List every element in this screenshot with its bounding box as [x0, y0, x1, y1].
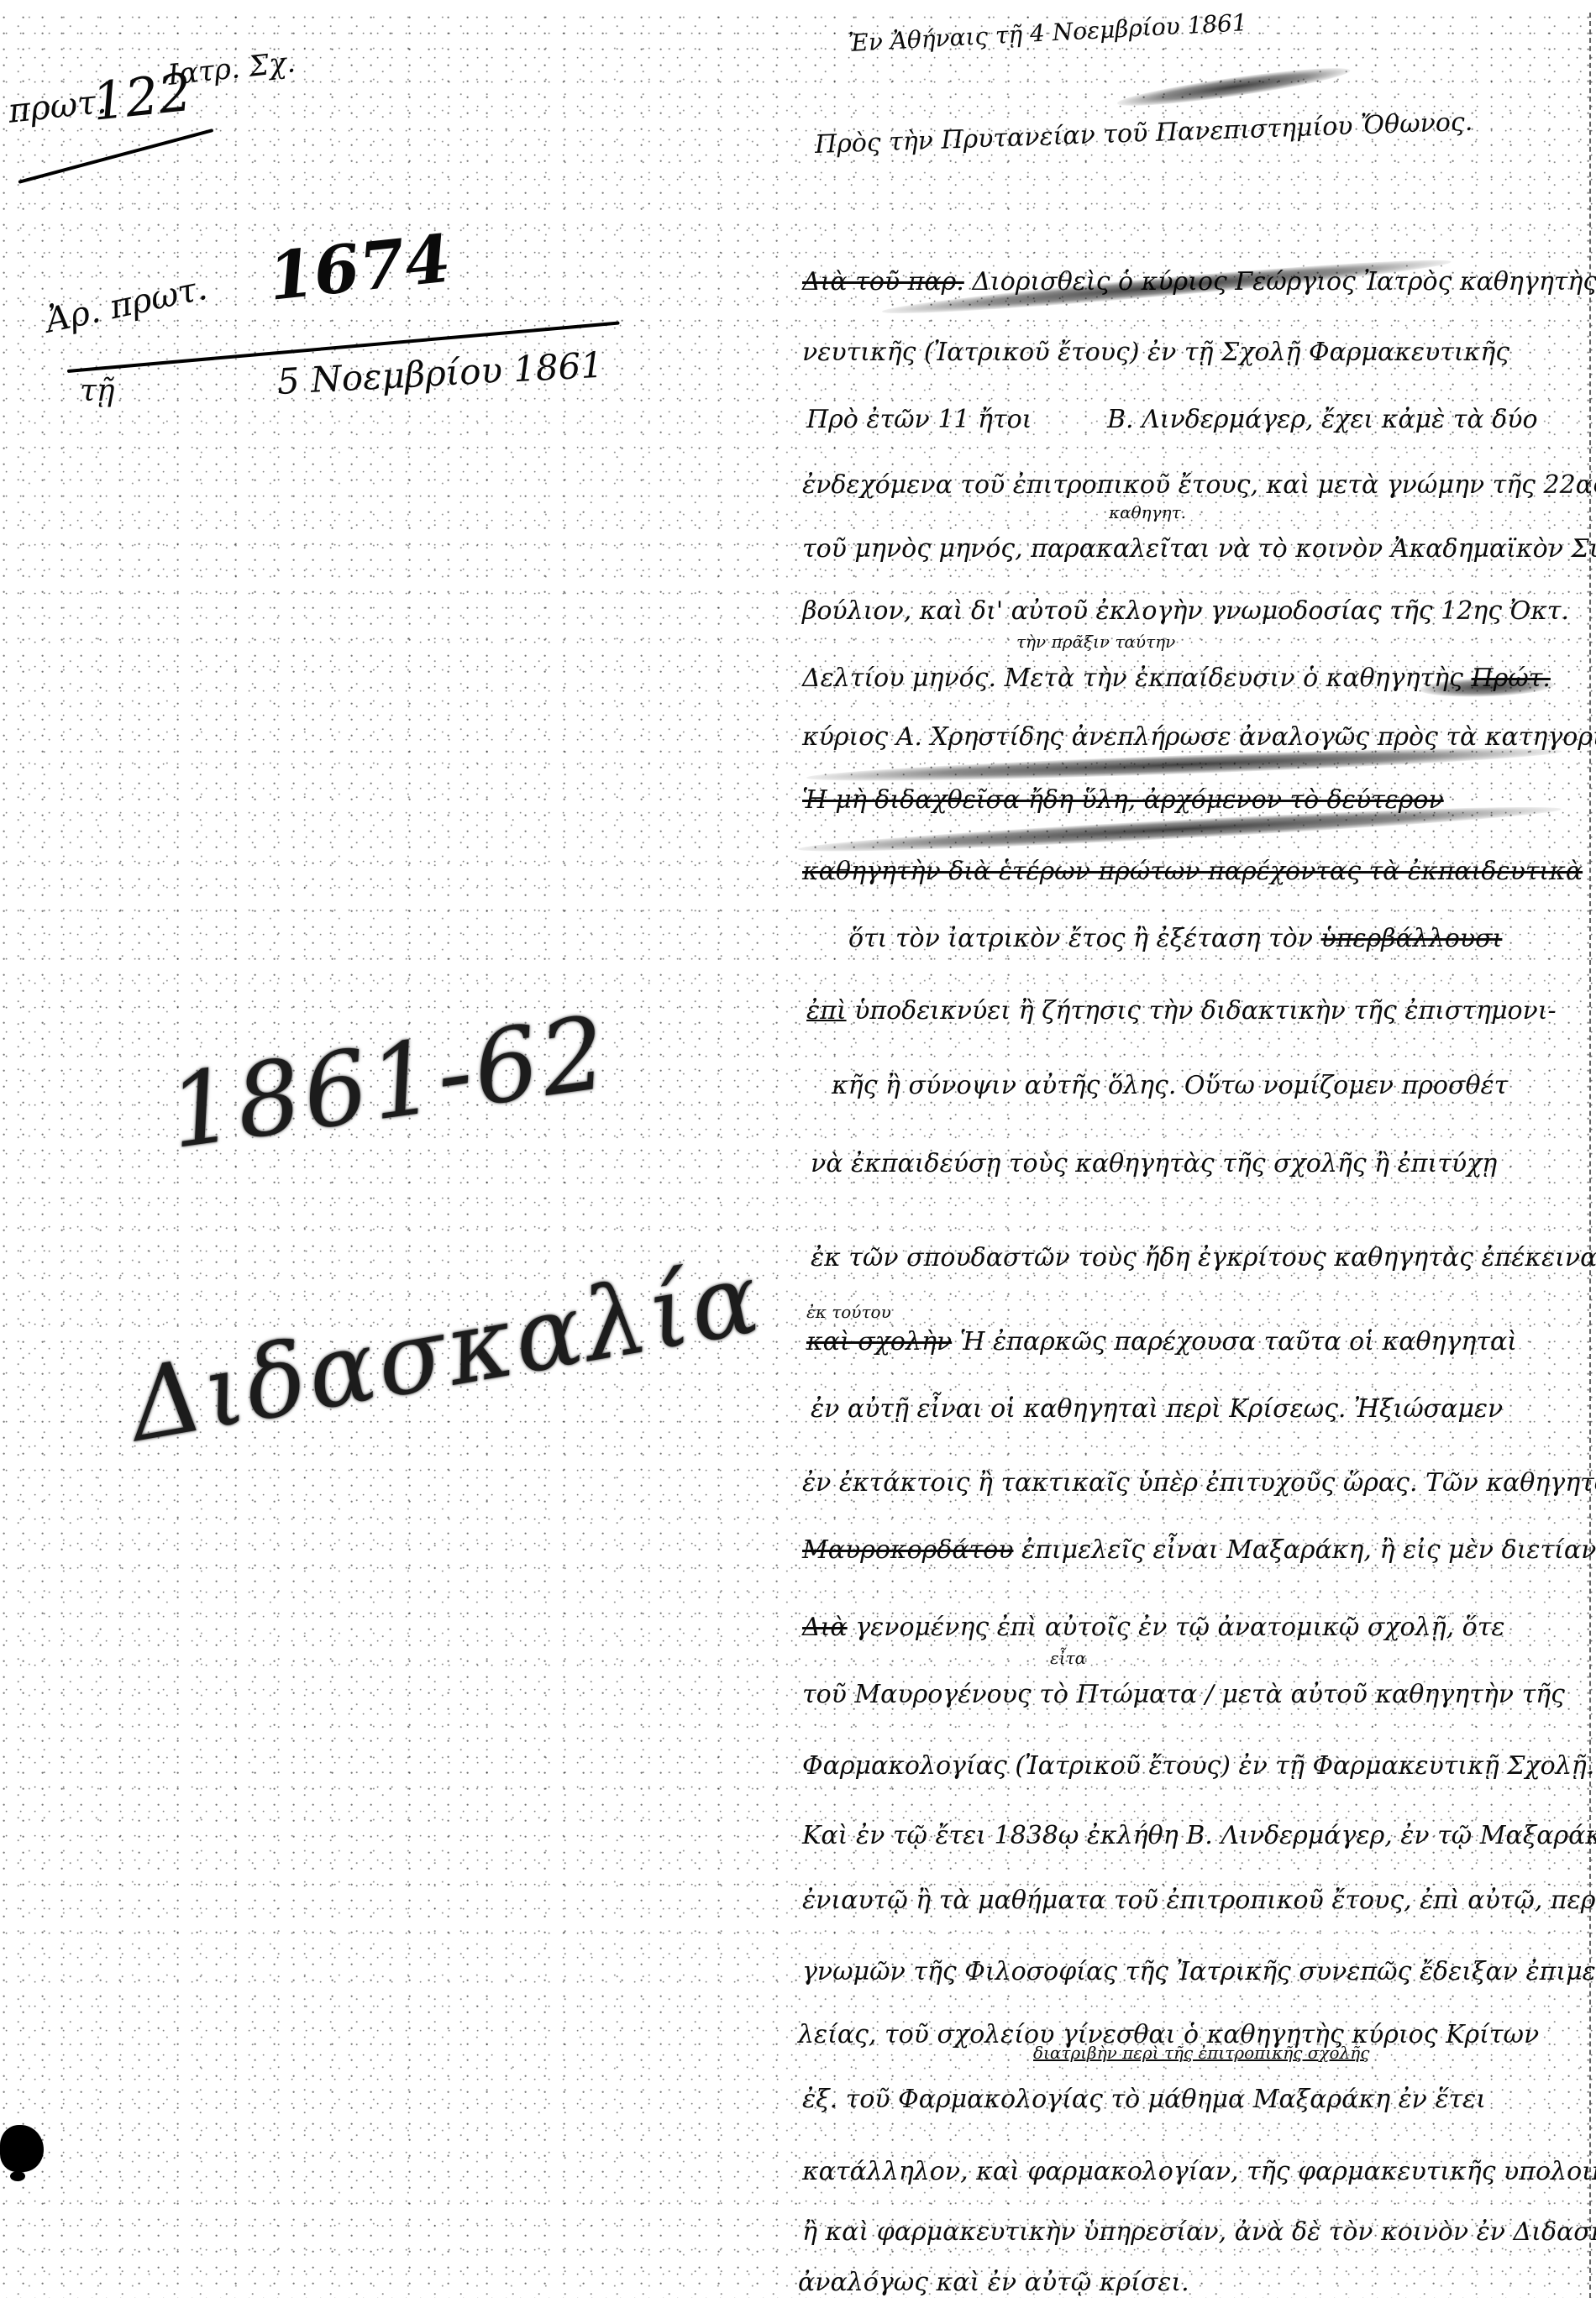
- body-line: τοῦ Μαυρογένους τὸ Πτώματα / μετὰ αὐτοῦ …: [802, 1680, 1565, 1709]
- struck-word: καὶ σχολὴν: [806, 1327, 952, 1356]
- interlinear-insert: καθηγητ.: [1109, 502, 1186, 522]
- body-line: κατάλληλον, καὶ φαρμακολογίαν, τῆς φαρμα…: [802, 2157, 1596, 2186]
- body-line: ἢ καὶ φαρμακευτικὴν ὑπηρεσίαν, ἀνὰ δὲ τὸ…: [802, 2217, 1596, 2247]
- body-line: τοῦ μηνὸς μηνός, παρακαλεῖται νὰ τὸ κοιν…: [802, 534, 1596, 564]
- struck-word: ἐπὶ: [806, 996, 847, 1026]
- body-line: ἐπὶ ὑποδεικνύει ἢ ζήτησις τὴν διδακτικὴν…: [806, 996, 1557, 1026]
- body-line: γνωμῶν τῆς Φιλοσοφίας τῆς Ἰατρικῆς συνεπ…: [802, 1957, 1596, 1986]
- ink-blot-drop: [10, 2171, 25, 2181]
- page-edge-line: [1589, 13, 1591, 2298]
- body-line: ἐν ἐκτάκτοις ἢ τακτικαῖς ὑπὲρ ἐπιτυχοῦς …: [802, 1468, 1596, 1498]
- body-line: ἐνδεχόμενα τοῦ ἐπιτροπικοῦ ἔτους, καὶ με…: [802, 470, 1596, 500]
- interlinear-insert: ἐκ τούτου: [806, 1302, 891, 1322]
- body-line: λείας, τοῦ σχολείου γίνεσθαι ὁ καθηγητὴς…: [798, 2020, 1539, 2049]
- body-line: ἀναλόγως καὶ ἐν αὐτῷ κρίσει.: [798, 2268, 1189, 2297]
- body-line-struck: Ἡ μὴ διδαχθεῖσα ἤδη ὕλη, ἀρχόμενον τὸ δε…: [802, 785, 1444, 815]
- ref-protocol-date-prefix: τῇ: [80, 374, 114, 408]
- body-line: Φαρμακολογίας (Ἰατρικοῦ ἔτους) ἐν τῇ Φαρ…: [802, 1751, 1594, 1781]
- interlinear-insert: εἶτα: [1050, 1648, 1086, 1668]
- interlinear-insert: τὴν πρᾶξιν ταύτην: [1016, 632, 1175, 652]
- body-line: ἐκ τῶν σπουδαστῶν τοὺς ἤδη ἐγκρίτους καθ…: [811, 1243, 1596, 1272]
- body-line: νὰ ἐκπαιδεύσῃ τοὺς καθηγητὰς τῆς σχολῆς …: [811, 1149, 1497, 1178]
- body-line-struck: καθηγητὴν διὰ ἑτέρων πρώτων παρέχοντας τ…: [802, 857, 1583, 886]
- body-line: ἐνιαυτῷ ἢ τὰ μαθήματα τοῦ ἐπιτροπικοῦ ἔτ…: [802, 1886, 1596, 1915]
- struck-word: Διὰ τοῦ παρ.: [802, 267, 964, 296]
- body-line: Καὶ ἐν τῷ ἔτει 1838ῳ ἐκλήθη Β. Λινδερμάγ…: [802, 1821, 1596, 1850]
- body-line: Διὰ γενομένης ἐπὶ αὐτοῖς ἐν τῷ ἀνατομικῷ…: [802, 1613, 1504, 1642]
- body-line: κῆς ἢ σύνοψιν αὐτῆς ὅλης. Οὕτω νομίζομεν…: [832, 1071, 1508, 1100]
- struck-word: ὑπερβάλλουσι: [1321, 924, 1503, 953]
- body-line: βούλιον, καὶ δι' αὐτοῦ ἐκλογὴν γνωμοδοσί…: [802, 596, 1569, 626]
- body-line: κύριος Α. Χρηστίδης ἀνεπλήρωσε ἀναλογῶς …: [802, 722, 1596, 752]
- body-line: καὶ σχολὴν Ἡ ἐπαρκῶς παρέχουσα ταῦτα οἱ …: [806, 1327, 1517, 1356]
- struck-word: Μαυροκορδάτου: [802, 1535, 1014, 1565]
- body-line: Πρὸ ἐτῶν 11 ἤτοι Β. Λινδερμάγερ, ἔχει κἀ…: [806, 405, 1538, 434]
- body-line: νευτικῆς (Ἰατρικοῦ ἔτους) ἐν τῇ Σχολῇ Φα…: [802, 338, 1509, 367]
- body-line: ἐξ. τοῦ Φαρμακολογίας τὸ μάθημα Μαξαράκη…: [802, 2085, 1486, 2114]
- body-line: Μαυροκορδάτου ἐπιμελεῖς εἶναι Μαξαράκη, …: [802, 1535, 1596, 1565]
- ink-blot: [0, 2125, 44, 2172]
- struck-word: Διὰ: [802, 1613, 848, 1642]
- body-line: ἐν αὐτῇ εἶναι οἱ καθηγηταὶ περὶ Κρίσεως.…: [811, 1394, 1503, 1424]
- body-line: ὅτι τὸν ἰατρικὸν ἔτος ἢ ἐξέταση τὸν ὑπερ…: [848, 924, 1502, 953]
